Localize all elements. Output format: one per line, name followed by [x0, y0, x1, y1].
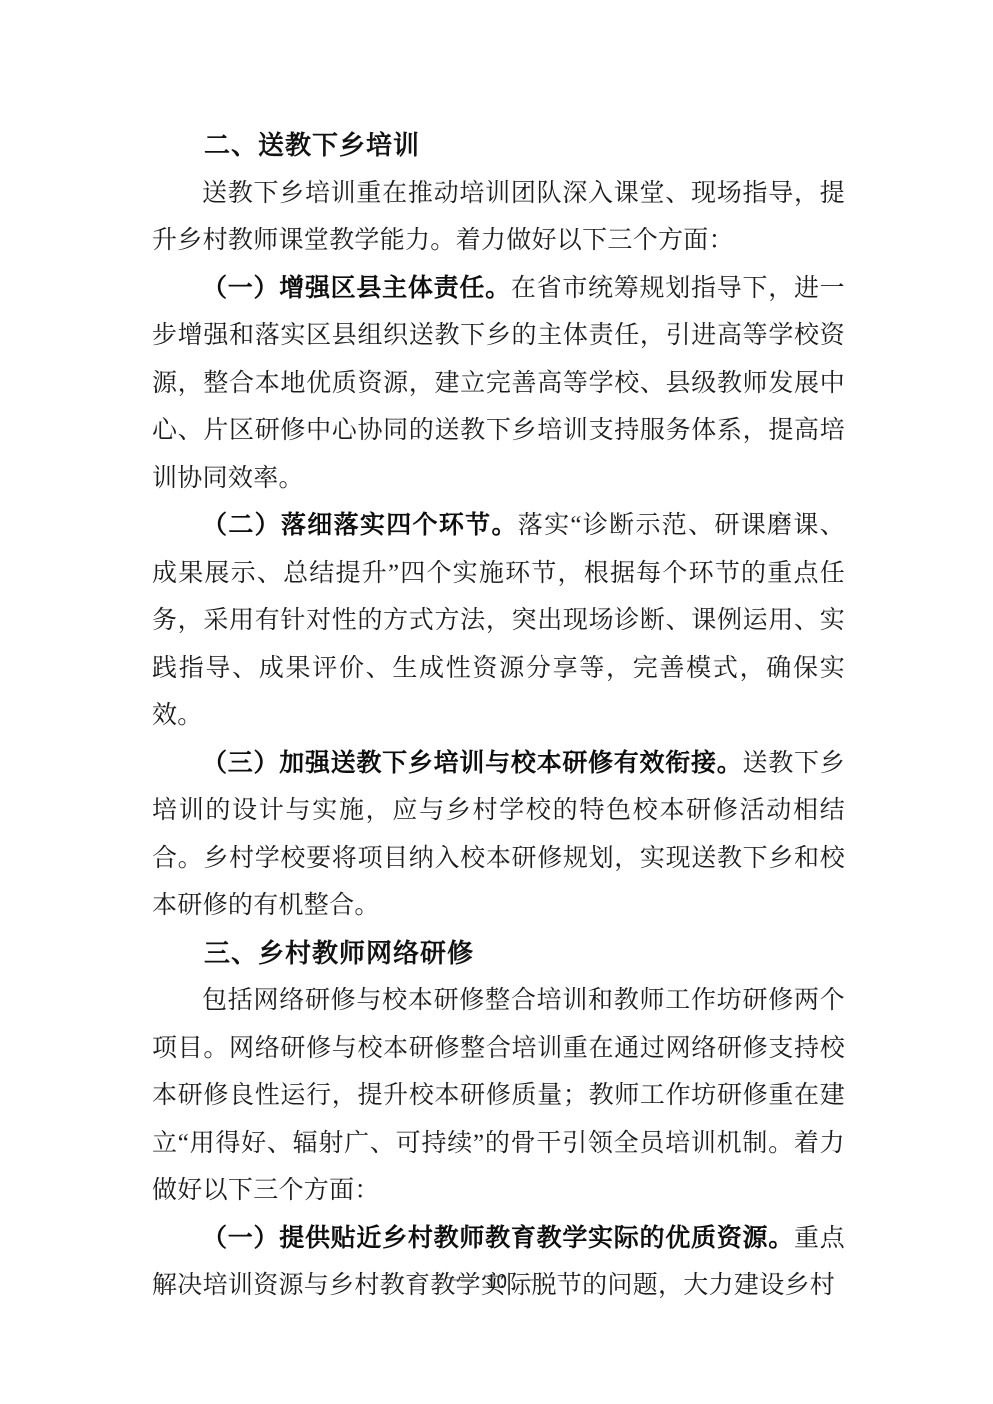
page-footer: —10— [0, 1266, 993, 1296]
document-page: 二、送教下乡培训 送教下乡培训重在推动培训团队深入课堂、现场指导，提升乡村教师课… [0, 0, 993, 1404]
document-body: 二、送教下乡培训 送教下乡培训重在推动培训团队深入课堂、现场指导，提升乡村教师课… [152, 122, 845, 1310]
page-number: 10 [486, 1269, 507, 1293]
paragraph-item-2: （二）落细落实四个环节。落实“诊断示范、研课磨课、成果展示、总结提升”四个实施环… [152, 502, 845, 740]
paragraph-text: 送教下乡培训重在推动培训团队深入课堂、现场指导，提升乡村教师课堂教学能力。着力做… [152, 180, 845, 255]
section-heading-songjiao-xiaxiang: 二、送教下乡培训 [152, 122, 845, 170]
paragraph-item-3: （三）加强送教下乡培训与校本研修有效衔接。送教下乡培训的设计与实施，应与乡村学校… [152, 740, 845, 930]
section-heading-wangluo-yanxiu: 三、乡村教师网络研修 [152, 930, 845, 978]
section-intro-paragraph-2: 包括网络研修与校本研修整合培训和教师工作坊研修两个项目。网络研修与校本研修整合培… [152, 977, 845, 1215]
footer-dash-left: — [451, 1265, 473, 1290]
paragraph-lead: （一）提供贴近乡村教师教育教学实际的优质资源。 [202, 1225, 794, 1252]
paragraph-body: 落实“诊断示范、研课磨课、成果展示、总结提升”四个实施环节，根据每个环节的重点任… [152, 512, 845, 729]
footer-dash-right: — [520, 1265, 542, 1290]
paragraph-lead: （一）增强区县主体责任。 [202, 275, 511, 302]
paragraph-lead: （二）落细落实四个环节。 [202, 512, 518, 539]
paragraph-body: 在省市统筹规划指导下，进一步增强和落实区县组织送教下乡的主体责任，引进高等学校资… [152, 275, 845, 492]
paragraph-lead: （三）加强送教下乡培训与校本研修有效衔接。 [202, 750, 742, 777]
paragraph-text: 包括网络研修与校本研修整合培训和教师工作坊研修两个项目。网络研修与校本研修整合培… [152, 987, 845, 1204]
section-intro-paragraph: 送教下乡培训重在推动培训团队深入课堂、现场指导，提升乡村教师课堂教学能力。着力做… [152, 170, 845, 265]
paragraph-item-1: （一）增强区县主体责任。在省市统筹规划指导下，进一步增强和落实区县组织送教下乡的… [152, 265, 845, 503]
